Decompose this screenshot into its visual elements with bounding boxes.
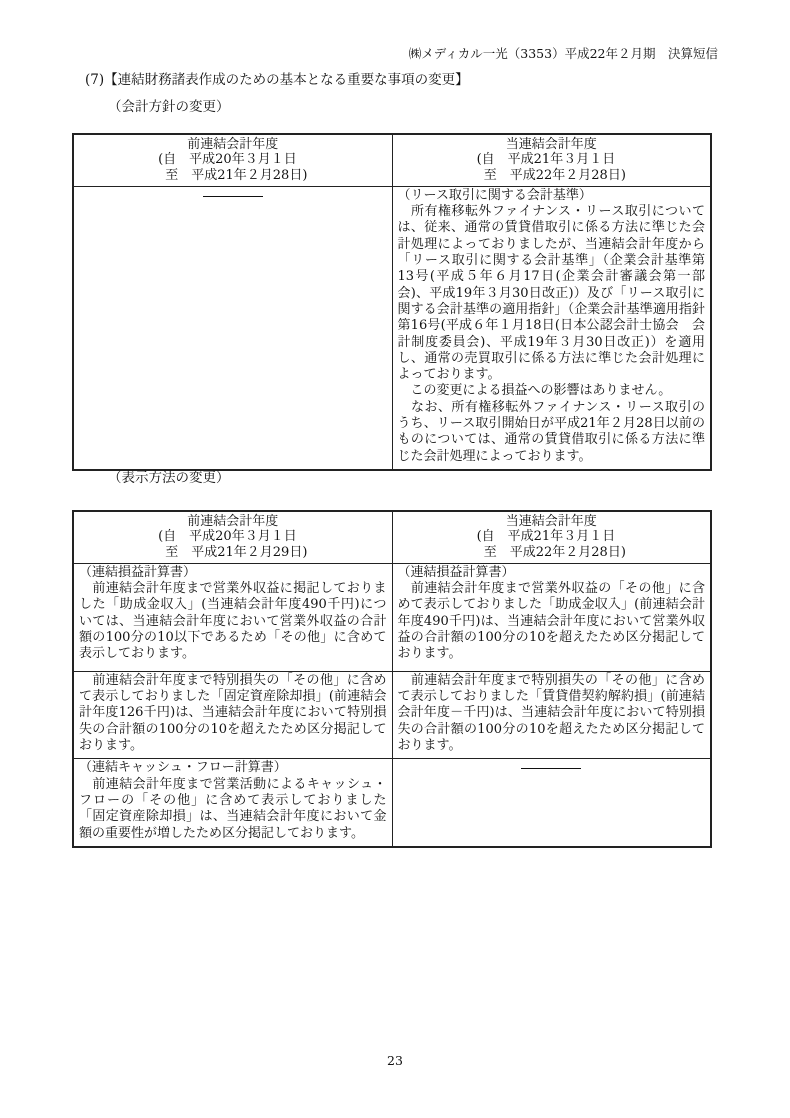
lease-standard-paragraph: この変更による損益への影響はありません。 [398, 383, 706, 399]
period-to: 至 平成21年２月28日) [158, 168, 307, 183]
report-header: ㈱メディカル一光（3353）平成22年２月期 決算短信 [409, 46, 718, 62]
income-statement-heading: （連結損益計算書） [398, 565, 706, 581]
income-statement-heading: （連結損益計算書） [79, 565, 387, 581]
section-heading: (7)【連結財務諸表作成のための基本となる重要な事項の変更】 [85, 72, 469, 88]
period-title: 当連結会計年度 [397, 514, 707, 529]
period-range: (自 平成20年３月１日 至 平成21年２月29日) [158, 529, 307, 560]
period-from: (自 平成21年３月１日 [477, 529, 626, 544]
period-range: (自 平成21年３月１日 至 平成22年２月28日) [477, 529, 626, 560]
table2-curr-period-header: 当連結会計年度 (自 平成21年３月１日 至 平成22年２月28日) [392, 511, 711, 563]
period-title: 当連結会計年度 [397, 137, 707, 152]
table2-curr-cell-subsidy-income: （連結損益計算書） 前連結会計年度まで営業外収益の「その他」に含めて表示しており… [392, 563, 711, 671]
subsection-accounting-policy-change: （会計方針の変更） [108, 99, 230, 115]
empty-marker-dash [521, 768, 581, 769]
document-page: ㈱メディカル一光（3353）平成22年２月期 決算短信 (7)【連結財務諸表作成… [0, 0, 790, 1118]
period-from: (自 平成20年３月１日 [158, 529, 307, 544]
period-title: 前連結会計年度 [78, 514, 388, 529]
presentation-method-change-table: 前連結会計年度 (自 平成20年３月１日 至 平成21年２月29日) 当連結会計… [72, 510, 712, 848]
table2-prev-period-header: 前連結会計年度 (自 平成20年３月１日 至 平成21年２月29日) [73, 511, 392, 563]
table2-row-cash-flow-statement: （連結キャッシュ・フロー計算書） 前連結会計年度まで営業活動によるキャッシュ・フ… [73, 759, 711, 847]
table2-prev-cell-fixed-asset-disposal-loss: 前連結会計年度まで特別損失の「その他」に含めて表示しておりました「固定資産除却損… [73, 671, 392, 758]
subsidy-income-paragraph: 前連結会計年度まで営業外収益の「その他」に含めて表示しておりました「助成金収入」… [398, 581, 706, 662]
table1-prev-period-header: 前連結会計年度 (自 平成20年３月１日 至 平成21年２月28日) [73, 134, 392, 186]
table1-prev-cell-empty [73, 186, 392, 470]
table1-body-row: （リース取引に関する会計基準） 所有権移転外ファイナンス・リース取引については、… [73, 186, 711, 470]
table2-prev-cell-subsidy-income: （連結損益計算書） 前連結会計年度まで営業外収益に掲記しておりました「助成金収入… [73, 563, 392, 671]
lease-standard-heading: （リース取引に関する会計基準） [398, 188, 706, 204]
extraordinary-loss-paragraph: 前連結会計年度まで特別損失の「その他」に含めて表示しておりました「固定資産除却損… [79, 673, 387, 754]
cash-flow-statement-heading: （連結キャッシュ・フロー計算書） [79, 760, 387, 776]
extraordinary-loss-paragraph: 前連結会計年度まで特別損失の「その他」に含めて表示しておりました「賃貸借契約解約… [398, 673, 706, 754]
table2-curr-cell-lease-cancellation-loss: 前連結会計年度まで特別損失の「その他」に含めて表示しておりました「賃貸借契約解約… [392, 671, 711, 758]
period-to: 至 平成22年２月28日) [477, 545, 626, 560]
table2-row-income-statement: （連結損益計算書） 前連結会計年度まで営業外収益に掲記しておりました「助成金収入… [73, 563, 711, 671]
period-from: (自 平成20年３月１日 [158, 152, 307, 167]
subsection-presentation-method-change: （表示方法の変更） [108, 470, 230, 486]
table1-curr-period-header: 当連結会計年度 (自 平成21年３月１日 至 平成22年２月28日) [392, 134, 711, 186]
empty-marker-dash [203, 196, 263, 197]
accounting-policy-change-table: 前連結会計年度 (自 平成20年３月１日 至 平成21年２月28日) 当連結会計… [72, 133, 712, 471]
page-number: 23 [0, 1053, 790, 1069]
table2-row-extraordinary-loss: 前連結会計年度まで特別損失の「その他」に含めて表示しておりました「固定資産除却損… [73, 671, 711, 758]
table2-curr-cell-empty [392, 759, 711, 847]
lease-standard-paragraph: 所有権移転外ファイナンス・リース取引については、従来、通常の賃貸借取引に係る方法… [398, 204, 706, 383]
period-to: 至 平成22年２月28日) [477, 168, 626, 183]
subsidy-income-paragraph: 前連結会計年度まで営業外収益に掲記しておりました「助成金収入」(当連結会計年度4… [79, 581, 387, 662]
period-title: 前連結会計年度 [78, 137, 388, 152]
cash-flow-paragraph: 前連結会計年度まで営業活動によるキャッシュ・フローの「その他」に含めて表示してお… [79, 777, 387, 842]
period-from: (自 平成21年３月１日 [477, 152, 626, 167]
table2-prev-cell-cash-flow: （連結キャッシュ・フロー計算書） 前連結会計年度まで営業活動によるキャッシュ・フ… [73, 759, 392, 847]
table1-header-row: 前連結会計年度 (自 平成20年３月１日 至 平成21年２月28日) 当連結会計… [73, 134, 711, 186]
table1-curr-cell-lease-standard: （リース取引に関する会計基準） 所有権移転外ファイナンス・リース取引については、… [392, 186, 711, 470]
period-range: (自 平成20年３月１日 至 平成21年２月28日) [158, 152, 307, 183]
period-range: (自 平成21年３月１日 至 平成22年２月28日) [477, 152, 626, 183]
period-to: 至 平成21年２月29日) [158, 545, 307, 560]
table2-header-row: 前連結会計年度 (自 平成20年３月１日 至 平成21年２月29日) 当連結会計… [73, 511, 711, 563]
lease-standard-paragraph: なお、所有権移転外ファイナンス・リース取引のうち、リース取引開始日が平成21年２… [398, 400, 706, 465]
